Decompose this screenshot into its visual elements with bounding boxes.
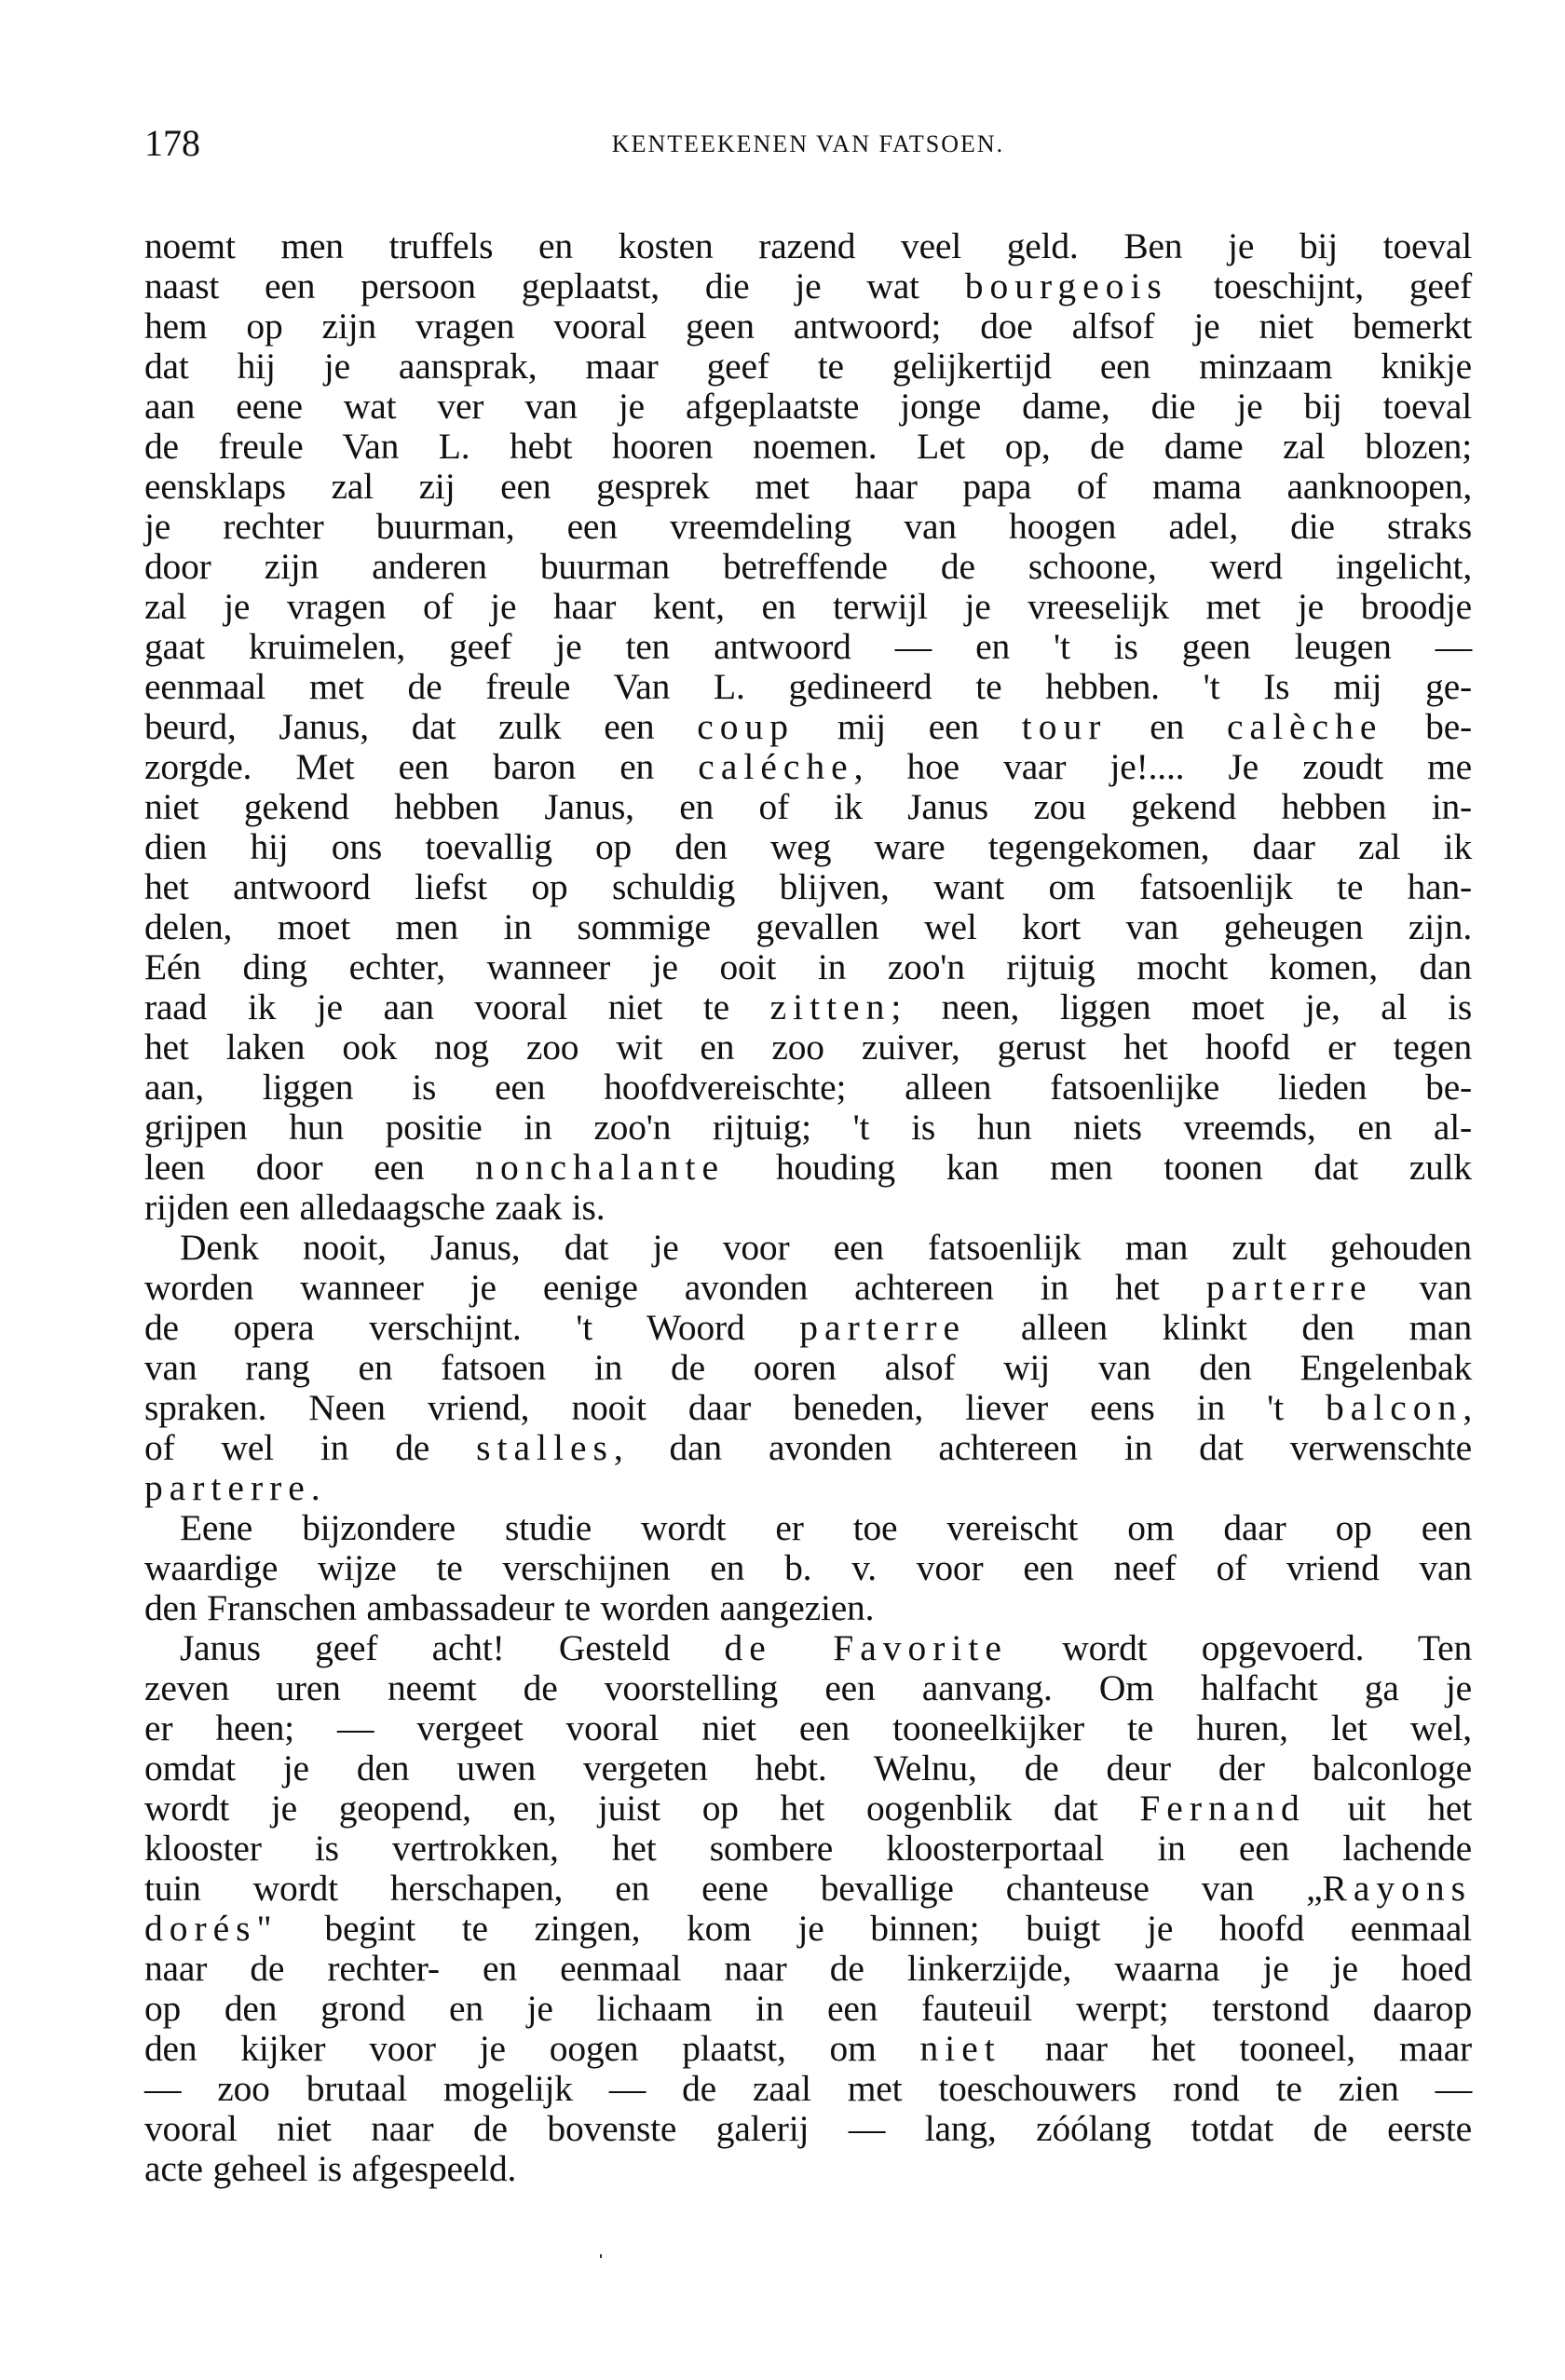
text-segment: worden wanneer je eenige avonden achtere… — [144, 1267, 1206, 1308]
text-segment: den Franschen ambassadeur te worden aang… — [144, 1587, 874, 1628]
text-segment: op den grond en je lichaam in een fauteu… — [144, 1988, 1472, 2029]
text-line: naast een persoon geplaatst, die je wat … — [144, 266, 1472, 306]
text-line: Eene bijzondere studie wordt er toe vere… — [144, 1508, 1472, 1548]
text-segment: en — [1107, 706, 1227, 747]
text-segment: , — [1463, 1387, 1472, 1428]
text-segment: of wel in de — [144, 1427, 476, 1468]
text-line: omdat je den uwen vergeten hebt. Welnu, … — [144, 1748, 1472, 1788]
text-segment: zal je vragen of je haar kent, en terwij… — [144, 586, 1472, 627]
text-segment: ; neen, liggen moet je, al is — [891, 986, 1472, 1027]
text-segment: mij een — [795, 706, 1022, 747]
text-line: er heen; — vergeet vooral niet een toone… — [144, 1708, 1472, 1748]
spaced-emphasis: bourgeois — [965, 265, 1168, 306]
text-segment: Eene bijzondere studie wordt er toe vere… — [180, 1507, 1472, 1548]
text-line: vooral niet naar de bovenste galerij — l… — [144, 2109, 1472, 2149]
text-segment: den kijker voor je oogen plaatst, om — [144, 2028, 920, 2069]
text-segment: begint te zingen, kom je binnen; buigt j… — [279, 1908, 1472, 1949]
text-line: wordt je geopend, en, juist op het oogen… — [144, 1788, 1472, 1829]
text-line: den Franschen ambassadeur te worden aang… — [144, 1588, 1472, 1628]
spaced-emphasis: parterre — [1206, 1267, 1373, 1308]
text-segment: er heen; — vergeet vooral niet een toone… — [144, 1707, 1472, 1748]
text-segment: tuin wordt herschapen, en eene bevallige… — [144, 1868, 1323, 1909]
spaced-emphasis: balcon — [1326, 1387, 1463, 1428]
spaced-emphasis: parterre — [144, 1467, 311, 1508]
text-line: dat hij je aansprak, maar geef te gelijk… — [144, 347, 1472, 387]
spaced-emphasis: Rayons — [1323, 1868, 1473, 1909]
text-segment: — zoo brutaal mogelijk — de zaal met toe… — [144, 2068, 1472, 2109]
text-segment: het laken ook nog zoo wit en zoo zuiver,… — [144, 1027, 1472, 1068]
text-line: eenmaal met de freule Van L. gedineerd t… — [144, 667, 1472, 707]
text-segment: klooster is vertrokken, het sombere kloo… — [144, 1828, 1472, 1869]
text-segment: be- — [1382, 706, 1472, 747]
text-segment: acte geheel is afgespeeld. — [144, 2148, 516, 2189]
spaced-emphasis: nonchalante — [475, 1147, 725, 1188]
text-segment: houding kan men toonen dat zulk — [725, 1147, 1472, 1188]
spaced-emphasis: niet — [920, 2028, 1001, 2069]
text-line: het antwoord liefst op schuldig blijven,… — [144, 867, 1472, 907]
spaced-emphasis: tour — [1022, 706, 1108, 747]
text-line: dien hij ons toevallig op den weg ware t… — [144, 827, 1472, 867]
text-segment: beurd, Janus, dat zulk een — [144, 706, 697, 747]
text-segment: van rang en fatsoen in de ooren alsof wi… — [144, 1347, 1472, 1388]
text-segment: gaat kruimelen, geef je ten antwoord — e… — [144, 626, 1472, 667]
print-speck — [600, 2254, 602, 2258]
text-segment: dat hij je aansprak, maar geef te gelijk… — [144, 346, 1472, 387]
spaced-emphasis: zitten — [770, 986, 891, 1027]
text-segment: rijden een alledaagsche zaak is. — [144, 1187, 605, 1228]
text-segment: naar de rechter- en eenmaal naar de link… — [144, 1948, 1472, 1989]
text-segment: de opera verschijnt. 't Woord — [144, 1307, 799, 1348]
text-segment: niet gekend hebben Janus, en of ik Janus… — [144, 786, 1472, 827]
text-segment: spraken. Neen vriend, nooit daar beneden… — [144, 1387, 1326, 1428]
text-segment: dien hij ons toevallig op den weg ware t… — [144, 826, 1472, 867]
text-line: worden wanneer je eenige avonden achtere… — [144, 1268, 1472, 1308]
text-line: of wel in de stalles, dan avonden achter… — [144, 1428, 1472, 1468]
text-segment: eensklaps zal zij een gesprek met haar p… — [144, 466, 1472, 507]
text-segment: hem op zijn vragen vooral geen antwoord;… — [144, 306, 1472, 347]
text-line: naar de rechter- en eenmaal naar de link… — [144, 1949, 1472, 1989]
text-line: acte geheel is afgespeeld. — [144, 2149, 1472, 2189]
text-line: Janus geef acht! Gesteld de Favorite wor… — [144, 1628, 1472, 1668]
text-line: raad ik je aan vooral niet te zitten; ne… — [144, 987, 1472, 1027]
spaced-emphasis: calèche — [1227, 706, 1382, 747]
text-segment: de freule Van L. hebt hooren noemen. Let… — [144, 426, 1472, 467]
text-segment: van — [1373, 1267, 1472, 1308]
text-line: aan eene wat ver van je afgeplaatste jon… — [144, 387, 1472, 427]
text-line: zorgde. Met een baron en caléche, hoe va… — [144, 747, 1472, 787]
text-line: noemt men truffels en kosten razend veel… — [144, 226, 1472, 266]
text-segment: leen door een — [144, 1147, 475, 1188]
text-line: klooster is vertrokken, het sombere kloo… — [144, 1829, 1472, 1869]
text-line: dorés" begint te zingen, kom je binnen; … — [144, 1909, 1472, 1949]
text-line: je rechter buurman, een vreemdeling van … — [144, 507, 1472, 547]
spaced-emphasis: dorés" — [144, 1908, 279, 1949]
text-segment: uit het — [1306, 1788, 1472, 1829]
text-segment: wordt opgevoerd. Ten — [1008, 1627, 1472, 1668]
text-segment: raad ik je aan vooral niet te — [144, 986, 770, 1027]
text-segment: naast een persoon geplaatst, die je wat — [144, 265, 965, 306]
text-line: de freule Van L. hebt hooren noemen. Let… — [144, 427, 1472, 467]
text-line: zeven uren neemt de voorstelling een aan… — [144, 1668, 1472, 1708]
text-line: grijpen hun positie in zoo'n rijtuig; 't… — [144, 1108, 1472, 1148]
text-line: hem op zijn vragen vooral geen antwoord;… — [144, 306, 1472, 347]
text-line: zal je vragen of je haar kent, en terwij… — [144, 587, 1472, 627]
running-head: KENTEEKENEN VAN FATSOEN. — [144, 130, 1472, 158]
spaced-emphasis: coup — [697, 706, 795, 747]
text-line: het laken ook nog zoo wit en zoo zuiver,… — [144, 1027, 1472, 1068]
text-line: Denk nooit, Janus, dat je voor een fatso… — [144, 1228, 1472, 1268]
text-segment: delen, moet men in sommige gevallen wel … — [144, 906, 1472, 947]
text-segment: aan, liggen is een hoofdvereischte; alle… — [144, 1067, 1472, 1108]
text-segment: . — [311, 1467, 320, 1508]
text-segment: grijpen hun positie in zoo'n rijtuig; 't… — [144, 1107, 1472, 1148]
text-line: spraken. Neen vriend, nooit daar beneden… — [144, 1388, 1472, 1428]
text-segment: zeven uren neemt de voorstelling een aan… — [144, 1667, 1472, 1708]
spaced-emphasis: parterre — [799, 1307, 966, 1348]
text-segment: naar het tooneel, maar — [1001, 2028, 1472, 2069]
text-line: op den grond en je lichaam in een fauteu… — [144, 1989, 1472, 2029]
text-segment: toeschijnt, geef — [1168, 265, 1472, 306]
text-segment: eenmaal met de freule Van L. gedineerd t… — [144, 666, 1472, 707]
text-segment: waardige wijze te verschijnen en b. v. v… — [144, 1547, 1472, 1588]
text-segment: Denk nooit, Janus, dat je voor een fatso… — [180, 1227, 1472, 1268]
text-line: door zijn anderen buurman betreffende de… — [144, 547, 1472, 587]
text-segment: zorgde. Met een baron en — [144, 746, 698, 787]
text-segment: je rechter buurman, een vreemdeling van … — [144, 506, 1472, 547]
text-segment: Eén ding echter, wanneer je ooit in zoo'… — [144, 946, 1472, 987]
text-segment: noemt men truffels en kosten razend veel… — [144, 225, 1472, 266]
text-segment: het antwoord liefst op schuldig blijven,… — [144, 866, 1472, 907]
text-segment: door zijn anderen buurman betreffende de… — [144, 546, 1472, 587]
text-line: Eén ding echter, wanneer je ooit in zoo'… — [144, 947, 1472, 987]
text-line: eensklaps zal zij een gesprek met haar p… — [144, 467, 1472, 507]
text-line: beurd, Janus, dat zulk een coup mij een … — [144, 707, 1472, 747]
spaced-emphasis: de Favorite — [724, 1627, 1007, 1668]
spaced-emphasis: caléche — [698, 746, 853, 787]
text-line: rijden een alledaagsche zaak is. — [144, 1188, 1472, 1228]
text-line: aan, liggen is een hoofdvereischte; alle… — [144, 1068, 1472, 1108]
spaced-emphasis: Fernand — [1139, 1788, 1305, 1829]
page-header: 178 KENTEEKENEN VAN FATSOEN. — [144, 121, 1472, 168]
text-line: tuin wordt herschapen, en eene bevallige… — [144, 1869, 1472, 1909]
text-segment: aan eene wat ver van je afgeplaatste jon… — [144, 386, 1472, 427]
text-segment: , hoe vaar je!.... Je zoudt me — [854, 746, 1472, 787]
text-segment: , dan avonden achtereen in dat verwensch… — [614, 1427, 1472, 1468]
text-line: den kijker voor je oogen plaatst, om nie… — [144, 2029, 1472, 2069]
text-line: parterre. — [144, 1468, 1472, 1508]
text-segment: Janus geef acht! Gesteld — [180, 1627, 724, 1668]
text-line: de opera verschijnt. 't Woord parterre a… — [144, 1308, 1472, 1348]
text-line: van rang en fatsoen in de ooren alsof wi… — [144, 1348, 1472, 1388]
text-segment: alleen klinkt den man — [966, 1307, 1472, 1348]
text-line: waardige wijze te verschijnen en b. v. v… — [144, 1548, 1472, 1588]
text-line: delen, moet men in sommige gevallen wel … — [144, 907, 1472, 947]
text-segment: vooral niet naar de bovenste galerij — l… — [144, 2108, 1472, 2149]
spaced-emphasis: stalles — [476, 1427, 614, 1468]
text-segment: omdat je den uwen vergeten hebt. Welnu, … — [144, 1748, 1472, 1788]
text-line: — zoo brutaal mogelijk — de zaal met toe… — [144, 2069, 1472, 2109]
text-segment: wordt je geopend, en, juist op het oogen… — [144, 1788, 1139, 1829]
text-line: leen door een nonchalante houding kan me… — [144, 1148, 1472, 1188]
body-text: noemt men truffels en kosten razend veel… — [144, 226, 1472, 2189]
text-line: niet gekend hebben Janus, en of ik Janus… — [144, 787, 1472, 827]
text-line: gaat kruimelen, geef je ten antwoord — e… — [144, 627, 1472, 667]
